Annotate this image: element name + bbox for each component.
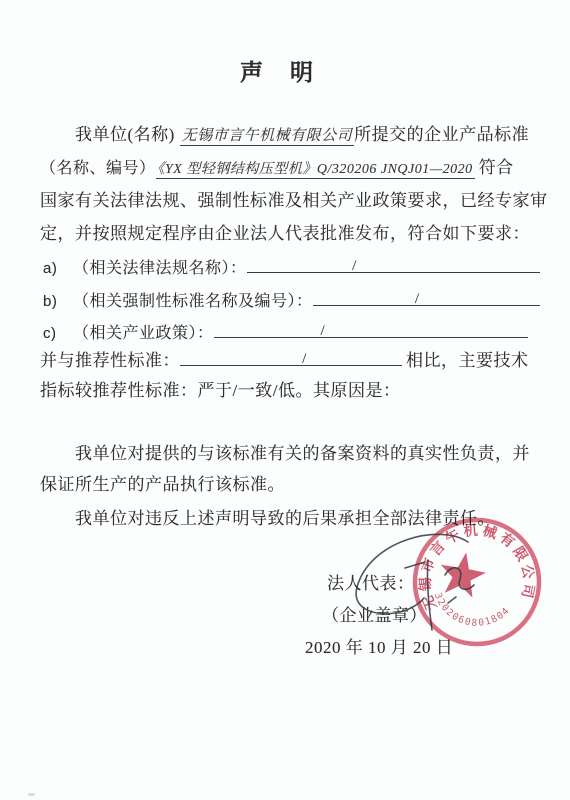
legal-rep-signature <box>340 515 520 645</box>
slash-mark-c: / <box>320 320 325 342</box>
item-label-b: （相关强制性标准名称及编号）： <box>73 291 313 313</box>
requirement-row-b: b) （相关强制性标准名称及编号）： / <box>43 287 540 313</box>
standard-reference: 《YX 型轻钢结构压型机》Q/320206 JNQJ01—2020 <box>156 162 475 179</box>
commitment-line-1: 我单位对提供的与该标准有关的备案资料的真实性负责，并 <box>75 443 530 465</box>
intro-lead: 我单位(名称) <box>75 125 180 144</box>
document-title: 声 明 <box>240 54 315 87</box>
comparison-blank: / <box>180 347 402 366</box>
blank-line-b: / <box>313 287 540 306</box>
comparison-line-2: 指标较推荐性标准：严于/一致/低。其原因是： <box>40 380 400 402</box>
intro-line-4: 定，并按照规定程序由企业法人代表批准发布，符合如下要求： <box>40 223 530 245</box>
blank-line-a: / <box>247 254 540 273</box>
signature-cross-stroke <box>405 562 425 568</box>
blank-line-c: / <box>214 319 528 338</box>
intro-line-3: 国家有关法律法规、强制性标准及相关产业政策要求，已经专家审 <box>40 190 548 212</box>
intro-after-company: 所提交的企业产品标准 <box>354 125 529 144</box>
signature-curl-stroke <box>445 568 474 590</box>
intro-line-2: （名称、编号）《YX 型轻钢结构压型机》Q/320206 JNQJ01—2020… <box>40 157 514 181</box>
slash-mark-b: / <box>415 288 420 310</box>
signature-vertical-stroke <box>427 560 432 630</box>
item-marker-b: b) <box>43 291 73 313</box>
comparison-lead: 并与推荐性标准： <box>40 350 180 372</box>
requirement-row-a: a) （相关法律法规名称）： / <box>43 254 540 280</box>
comparison-tail: 相比，主要技术 <box>406 350 529 372</box>
slash-mark-a: / <box>352 255 357 277</box>
item-marker-a: a) <box>43 258 73 280</box>
requirement-row-c: c) （相关产业政策）： / <box>43 319 540 345</box>
item-marker-c: c) <box>43 323 73 345</box>
document-page: 声 明 我单位(名称) 无锡市言午机械有限公司所提交的企业产品标准 （名称、编号… <box>0 0 570 800</box>
item-label-a: （相关法律法规名称）： <box>73 258 247 280</box>
signature-dash-stroke <box>448 597 456 603</box>
name-number-label: （名称、编号） <box>40 160 156 177</box>
item-label-c: （相关产业政策）： <box>73 323 214 345</box>
comparison-row: 并与推荐性标准： / 相比，主要技术 <box>40 347 540 372</box>
intro-after-ref: 符合 <box>479 158 514 177</box>
commitment-line-2: 保证所生产的产品执行该标准。 <box>40 474 285 496</box>
comparison-slash: / <box>302 348 307 370</box>
intro-line-1: 我单位(名称) 无锡市言午机械有限公司所提交的企业产品标准 <box>75 124 529 147</box>
signature-loop-stroke <box>356 534 468 613</box>
company-name: 无锡市言午机械有限公司 <box>180 128 355 146</box>
scan-speck <box>28 793 35 796</box>
